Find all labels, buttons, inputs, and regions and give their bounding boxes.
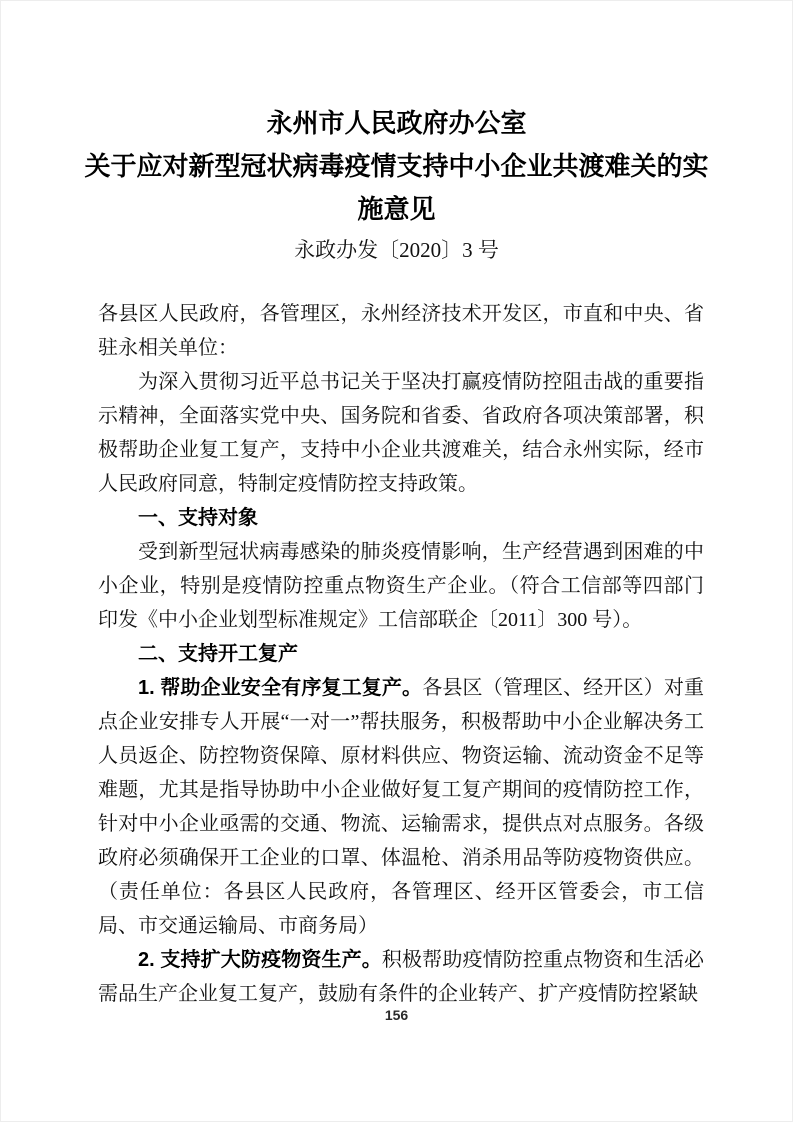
intro-paragraph: 为深入贯彻习近平总书记关于坚决打赢疫情防控阻击战的重要指示精神，全面落实党中央、… (98, 365, 704, 501)
item-1-text: 各县区（管理区、经开区）对重点企业安排专人开展“一对一”帮扶服务，积极帮助中小企… (98, 677, 704, 937)
document-number: 永政办发〔2020〕3 号 (1, 234, 792, 266)
section-2-item-2: 2. 支持扩大防疫物资生产。积极帮助疫情防控重点物资和生活必需品生产企业复工复产… (98, 943, 704, 1011)
document-page: 永州市人民政府办公室 关于应对新型冠状病毒疫情支持中小企业共渡难关的实施意见 永… (0, 0, 793, 1122)
section-2-item-1: 1. 帮助企业安全有序复工复产。各县区（管理区、经开区）对重点企业安排专人开展“… (98, 671, 704, 943)
section-2-heading: 二、支持开工复产 (98, 637, 704, 671)
page-number: 156 (1, 1007, 792, 1023)
title-subject: 关于应对新型冠状病毒疫情支持中小企业共渡难关的实施意见 (77, 145, 717, 231)
document-header: 永州市人民政府办公室 关于应对新型冠状病毒疫情支持中小企业共渡难关的实施意见 永… (1, 1, 792, 266)
salutation: 各县区人民政府，各管理区，永州经济技术开发区，市直和中央、省驻永相关单位： (98, 297, 704, 365)
document-title: 永州市人民政府办公室 关于应对新型冠状病毒疫情支持中小企业共渡难关的实施意见 (77, 102, 717, 231)
section-1-paragraph: 受到新型冠状病毒感染的肺炎疫情影响，生产经营遇到困难的中小企业，特别是疫情防控重… (98, 535, 704, 637)
item-1-lead: 1. 帮助企业安全有序复工复产。 (138, 677, 422, 699)
document-body: 各县区人民政府，各管理区，永州经济技术开发区，市直和中央、省驻永相关单位： 为深… (98, 297, 704, 1011)
item-2-lead: 2. 支持扩大防疫物资生产。 (138, 949, 382, 971)
title-organization: 永州市人民政府办公室 (77, 102, 717, 145)
section-1-heading: 一、支持对象 (98, 501, 704, 535)
